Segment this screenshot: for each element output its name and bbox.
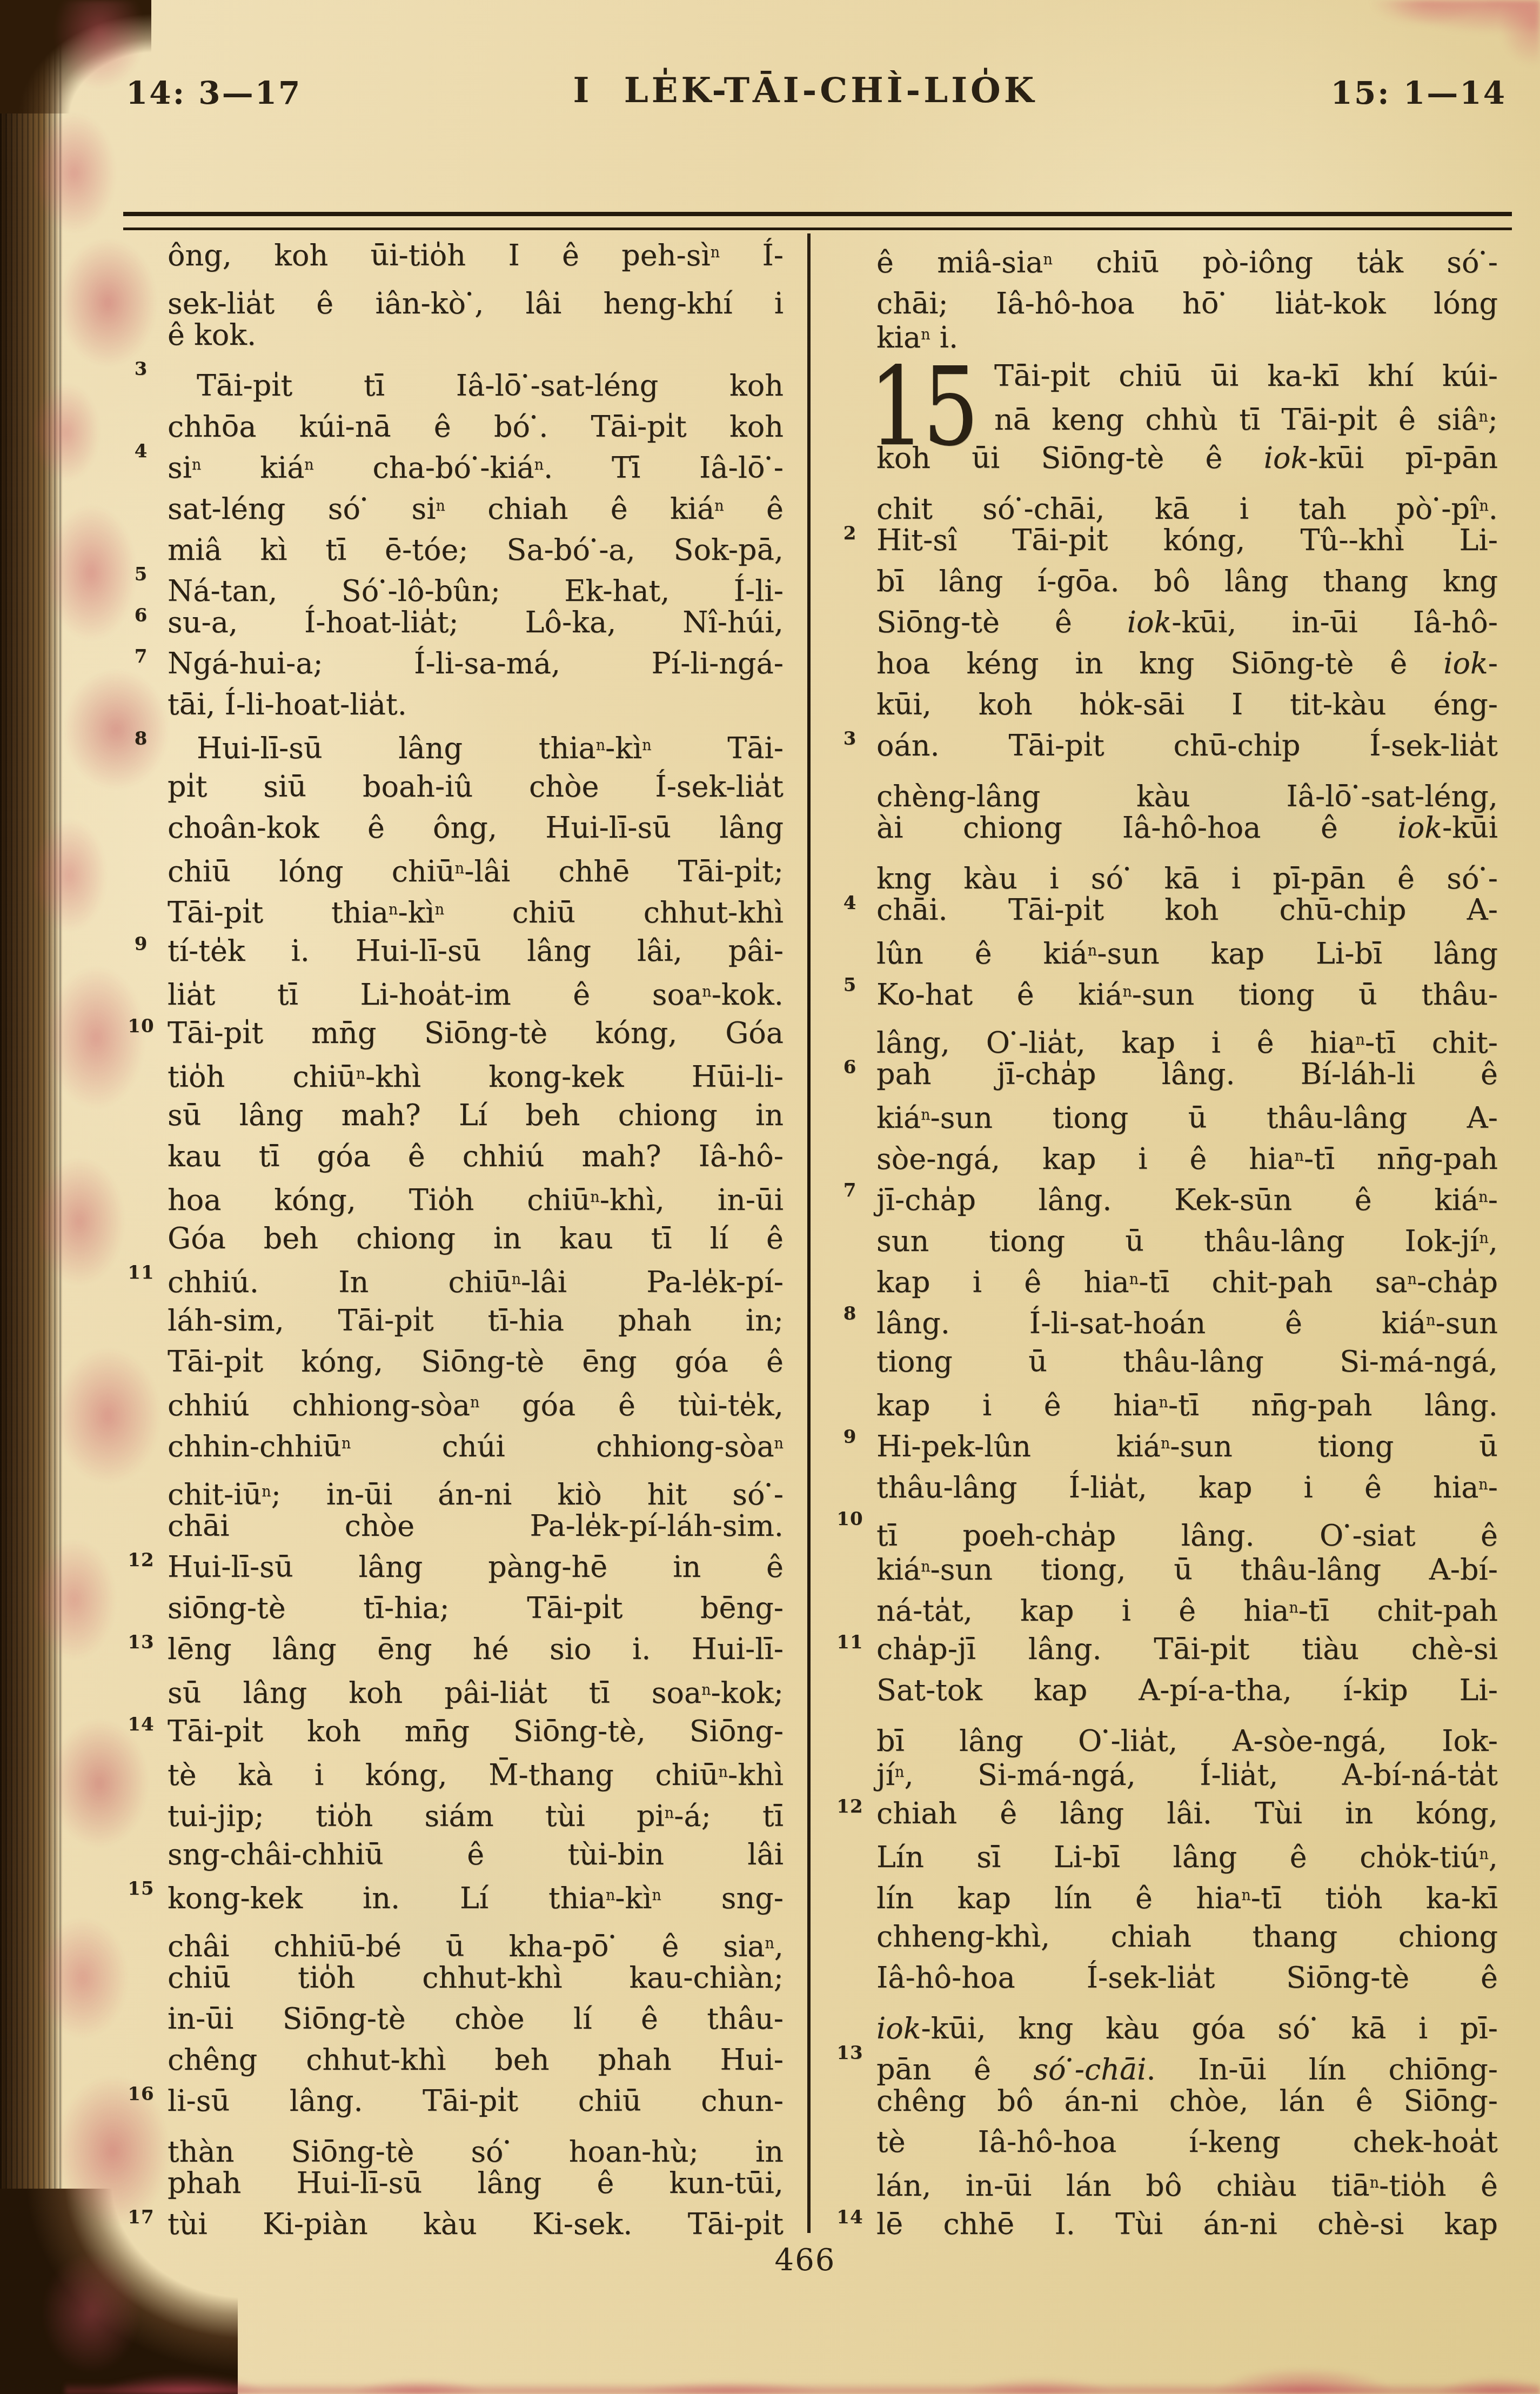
text-line: phah Hui-lī-sū lâng ê kun-tūi, bbox=[168, 2163, 784, 2204]
red-edge-stain-top-right bbox=[1313, 0, 1540, 81]
text-line: 15Tāi-pi̍t chiū ūi ka-kī khí kúi- bbox=[876, 356, 1498, 397]
scanned-book-page: 14: 3—17 I LE̍K-TĀI-CHÌ-LIO̍K 15: 1—14 ô… bbox=[0, 0, 1540, 2394]
text-line: tè Iâ-hô-hoa í-keng chek-hoa̍t bbox=[876, 2122, 1498, 2163]
text-line: 5Ko-hat ê kián-sun tiong ū thâu- bbox=[876, 972, 1498, 1013]
text-line: 8Hui-lī-sū lâng thian-kìn Tāi- bbox=[168, 725, 784, 766]
line-text: tè kà i kóng, M̄-thang chiūn-khì bbox=[168, 1758, 784, 1792]
text-line: 3Tāi-pi̍t tī Iâ-lō·-sat-léng koh bbox=[168, 356, 784, 397]
line-text: tui-jip; tio̍h siám tùi pin-á; tī bbox=[168, 1799, 784, 1833]
line-text: Hui-lī-sū lâng pàng-hē in ê bbox=[168, 1550, 784, 1584]
line-text: Siōng-tè ê iok-kūi, in-ūi Iâ-hô- bbox=[876, 605, 1498, 639]
text-line: chèng-lâng kàu Iâ-lō·-sat-léng, bbox=[876, 766, 1498, 807]
text-line: Siōng-tè ê iok-kūi, in-ūi Iâ-hô- bbox=[876, 602, 1498, 643]
text-line: koh ūi Siōng-tè ê iok-kūi pī-pān bbox=[876, 438, 1498, 479]
line-text: ná-ta̍t, kap i ê hian-tī chit-pah bbox=[876, 1594, 1498, 1628]
text-line: kau tī góa ê chhiú mah? Iâ-hô- bbox=[168, 1136, 784, 1177]
text-line: jín, Si-má-ngá, Í-lia̍t, A-bí-ná-ta̍t bbox=[876, 1752, 1498, 1793]
line-text: lē chhē I. Tùi án-ni chè-si kap bbox=[876, 2207, 1498, 2241]
text-line: 4chāi. Tāi-pi̍t koh chū-chi̍p A- bbox=[876, 890, 1498, 931]
verse-number: 10 bbox=[123, 1015, 159, 1038]
page-footer: 466 bbox=[746, 2243, 865, 2278]
line-text: Hit-sî Tāi-pi̍t kóng, Tû--khì Li- bbox=[876, 523, 1498, 557]
verse-range-right: 15: 1—14 bbox=[1331, 75, 1506, 111]
text-line: 6su-a, Í-hoat-lia̍t; Lô-ka, Nî-húi, bbox=[168, 602, 784, 643]
text-line: miâ kì tī ē-tóe; Sa-bó·-a, Sok-pā, bbox=[168, 520, 784, 561]
line-text: jī-cha̍p lâng. Kek-sūn ê kián- bbox=[876, 1183, 1498, 1217]
text-line: chhōa kúi-nā ê bó·. Tāi-pi̍t koh bbox=[168, 397, 784, 438]
line-text: jín, Si-má-ngá, Í-lia̍t, A-bí-ná-ta̍t bbox=[876, 1758, 1498, 1792]
text-line: 14Tāi-pi̍t koh mn̄g Siōng-tè, Siōng- bbox=[168, 1711, 784, 1752]
verse-number: 12 bbox=[123, 1549, 159, 1572]
line-text: kián-sun tiong ū thâu-lâng A- bbox=[876, 1101, 1498, 1135]
text-line: ê kok. bbox=[168, 315, 784, 356]
text-line: chit-iūn; in-ūi án-ni kiò hit só·- bbox=[168, 1465, 784, 1506]
text-line: lâng, O·-lia̍t, kap i ê hian-tī chit- bbox=[876, 1013, 1498, 1054]
text-line: 13lēng lâng ēng hé sio i. Hui-lī- bbox=[168, 1629, 784, 1670]
line-text: chhiú chhiong-sòan góa ê tùi-te̍k, bbox=[168, 1388, 784, 1422]
text-line: 9tí-te̍k i. Hui-lī-sū lâng lâi, pâi- bbox=[168, 931, 784, 972]
text-line: chit só·-chāi, kā i tah pò·-pîn. bbox=[876, 479, 1498, 520]
text-line: tāi, Í-li-hoat-lia̍t. bbox=[168, 684, 784, 725]
line-text: nā keng chhù tī Tāi-pi̍t ê siân; bbox=[994, 403, 1498, 437]
line-text: Sat-tok kap A-pí-a-tha, í-kip Li- bbox=[876, 1673, 1498, 1707]
verse-number: 10 bbox=[832, 1508, 868, 1530]
line-text: Tāi-pi̍t koh mn̄g Siōng-tè, Siōng- bbox=[168, 1714, 784, 1748]
line-text: chhin-chhiūn chúi chhiong-sòan bbox=[168, 1429, 784, 1463]
verse-number: 9 bbox=[832, 1426, 868, 1448]
text-line: 14lē chhē I. Tùi án-ni chè-si kap bbox=[876, 2204, 1498, 2245]
line-text: pah jī-cha̍p lâng. Bí-láh-li ê bbox=[876, 1057, 1498, 1091]
text-line: Iâ-hô-hoa Í-sek-lia̍t Siōng-tè ê bbox=[876, 1957, 1498, 1998]
book-spine-edge bbox=[0, 0, 62, 2394]
verse-number: 7 bbox=[123, 646, 159, 668]
verse-number: 17 bbox=[123, 2206, 159, 2229]
line-text: lán, in-ūi lán bô chiàu tiān-tio̍h ê bbox=[876, 2169, 1498, 2203]
text-line: iok-kūi, kng kàu góa só· kā i pī- bbox=[876, 1998, 1498, 2039]
text-line: sng-châi-chhiū ê tùi-bin lâi bbox=[168, 1834, 784, 1875]
text-line: 2Hit-sî Tāi-pi̍t kóng, Tû--khì Li- bbox=[876, 520, 1498, 561]
verse-number: 7 bbox=[832, 1180, 868, 1202]
line-text: kap i ê hian-tī nn̄g-pah lâng. bbox=[876, 1388, 1498, 1422]
line-text: bī lâng í-gōa. bô lâng thang kng bbox=[876, 564, 1498, 598]
text-line: sū lâng mah? Lí beh chiong in bbox=[168, 1095, 784, 1136]
line-text: tāi, Í-li-hoat-lia̍t. bbox=[168, 687, 407, 721]
line-text: ê kok. bbox=[168, 318, 256, 352]
text-line: 12Hui-lī-sū lâng pàng-hē in ê bbox=[168, 1547, 784, 1588]
line-text: Tāi-pi̍t thian-kìn chiū chhut-khì bbox=[168, 895, 784, 929]
line-text: oán. Tāi-pi̍t chū-chi̍p Í-sek-lia̍t bbox=[876, 728, 1498, 763]
verse-number: 14 bbox=[123, 1714, 159, 1736]
line-text: tiong ū thâu-lâng Si-má-ngá, bbox=[876, 1345, 1498, 1379]
text-line: sòe-ngá, kap i ê hian-tī nn̄g-pah bbox=[876, 1136, 1498, 1177]
verse-number: 13 bbox=[832, 2042, 868, 2064]
line-text: choân-kok ê ông, Hui-lī-sū lâng bbox=[168, 811, 784, 845]
text-line: chêng chhut-khì beh phah Hui- bbox=[168, 2039, 784, 2081]
line-text: pi̍t siū boah-iû chòe Í-sek-lia̍t bbox=[168, 770, 784, 804]
text-line: 13pān ê só·-chāi. In-ūi lín chiōng- bbox=[876, 2039, 1498, 2081]
text-line: láh-sim, Tāi-pi̍t tī-hia phah in; bbox=[168, 1300, 784, 1341]
text-line: Lín sī Li-bī lâng ê cho̍k-tiún, bbox=[876, 1834, 1498, 1875]
text-line: chêng bô án-ni chòe, lán ê Siōng- bbox=[876, 2081, 1498, 2122]
line-text: ông, koh ūi-tio̍h I ê peh-sìn Í- bbox=[168, 238, 784, 272]
text-line: 16li-sū lâng. Tāi-pi̍t chiū chun- bbox=[168, 2081, 784, 2122]
verse-number: 16 bbox=[123, 2083, 159, 2105]
line-text: sun tiong ū thâu-lâng Iok-jín, bbox=[876, 1224, 1498, 1258]
text-line: sek-lia̍t ê iân-kò·, lâi heng-khí i bbox=[168, 273, 784, 315]
line-text: siōng-tè tī-hia; Tāi-pi̍t bēng- bbox=[168, 1591, 784, 1625]
text-line: 5Ná-tan, Só·-lô-bûn; Ek-hat, Í-li- bbox=[168, 561, 784, 602]
text-line: 9Hi-pek-lûn kián-sun tiong ū bbox=[876, 1423, 1498, 1465]
line-text: Tāi-pi̍t mn̄g Siōng-tè kóng, Góa bbox=[168, 1016, 784, 1050]
text-line: tui-jip; tio̍h siám tùi pin-á; tī bbox=[168, 1793, 784, 1834]
text-line: hoa kéng in kng Siōng-tè ê iok- bbox=[876, 643, 1498, 684]
text-line: bī lâng í-gōa. bô lâng thang kng bbox=[876, 561, 1498, 602]
line-text: hoa kéng in kng Siōng-tè ê iok- bbox=[876, 646, 1498, 680]
text-line: ài chiong Iâ-hô-hoa ê iok-kūi bbox=[876, 807, 1498, 848]
line-text: ài chiong Iâ-hô-hoa ê iok-kūi bbox=[876, 811, 1498, 845]
text-line: kap i ê hian-tī chit-pah san-cha̍p bbox=[876, 1259, 1498, 1300]
line-text: sòe-ngá, kap i ê hian-tī nn̄g-pah bbox=[876, 1142, 1498, 1176]
line-text: su-a, Í-hoat-lia̍t; Lô-ka, Nî-húi, bbox=[168, 605, 784, 639]
text-line: hoa kóng, Tio̍h chiūn-khì, in-ūi bbox=[168, 1177, 784, 1218]
verse-number: 5 bbox=[123, 564, 159, 586]
text-line: Sat-tok kap A-pí-a-tha, í-kip Li- bbox=[876, 1670, 1498, 1711]
line-text: sng-châi-chhiū ê tùi-bin lâi bbox=[168, 1837, 784, 1871]
text-line: kián-sun tiong ū thâu-lâng A- bbox=[876, 1095, 1498, 1136]
line-text: sū lâng koh pâi-lia̍t tī soan-kok; bbox=[168, 1676, 784, 1710]
text-line: lia̍t tī Li-hoa̍t-im ê soan-kok. bbox=[168, 972, 784, 1013]
text-line: 11chhiú. In chiūn-lâi Pa-le̍k-pí- bbox=[168, 1259, 784, 1300]
line-text: Tāi-pi̍t chiū ūi ka-kī khí kúi- bbox=[994, 359, 1498, 393]
text-line: thàn Siōng-tè só· hoan-hù; in bbox=[168, 2122, 784, 2163]
line-text: lia̍t tī Li-hoa̍t-im ê soan-kok. bbox=[168, 978, 784, 1012]
verse-number: 6 bbox=[832, 1056, 868, 1079]
text-line: lán, in-ūi lán bô chiàu tiān-tio̍h ê bbox=[876, 2163, 1498, 2204]
line-text: tio̍h chiūn-khì kong-kek Hūi-li- bbox=[168, 1060, 784, 1094]
text-line: sat-léng só· sin chiah ê kián ê bbox=[168, 479, 784, 520]
text-line: tè kà i kóng, M̄-thang chiūn-khì bbox=[168, 1752, 784, 1793]
text-line: in-ūi Siōng-tè chòe lí ê thâu- bbox=[168, 1998, 784, 2039]
line-text: kap i ê hian-tī chit-pah san-cha̍p bbox=[876, 1265, 1498, 1299]
text-line: sun tiong ū thâu-lâng Iok-jín, bbox=[876, 1218, 1498, 1259]
line-text: chheng-khì, chiah thang chiong bbox=[876, 1920, 1498, 1954]
text-line: 17tùi Ki-piàn kàu Ki-sek. Tāi-pi̍t bbox=[168, 2204, 784, 2245]
text-line: 7jī-cha̍p lâng. Kek-sūn ê kián- bbox=[876, 1177, 1498, 1218]
text-line: lín kap lín ê hian-tī tio̍h ka-kī bbox=[876, 1875, 1498, 1916]
line-text: li-sū lâng. Tāi-pi̍t chiū chun- bbox=[168, 2084, 784, 2118]
line-text: Ko-hat ê kián-sun tiong ū thâu- bbox=[876, 978, 1498, 1012]
text-line: 8lâng. Í-li-sat-hoán ê kián-sun bbox=[876, 1300, 1498, 1341]
text-line: ná-ta̍t, kap i ê hian-tī chit-pah bbox=[876, 1588, 1498, 1629]
line-text: Hui-lī-sū lâng thian-kìn Tāi- bbox=[197, 731, 784, 765]
verse-number: 6 bbox=[123, 605, 159, 627]
text-line: chāi; Iâ-hô-hoa hō· lia̍t-kok lóng bbox=[876, 273, 1498, 315]
line-text: tè Iâ-hô-hoa í-keng chek-hoa̍t bbox=[876, 2125, 1498, 2159]
text-line: kap i ê hian-tī nn̄g-pah lâng. bbox=[876, 1382, 1498, 1423]
page-number: 466 bbox=[775, 2243, 836, 2278]
text-line: siōng-tè tī-hia; Tāi-pi̍t bēng- bbox=[168, 1588, 784, 1629]
line-text: chêng chhut-khì beh phah Hui- bbox=[168, 2043, 784, 2077]
line-text: sū lâng mah? Lí beh chiong in bbox=[168, 1098, 784, 1132]
text-line: 11cha̍p-jī lâng. Tāi-pi̍t tiàu chè-si bbox=[876, 1629, 1498, 1670]
text-line: Tāi-pi̍t thian-kìn chiū chhut-khì bbox=[168, 890, 784, 931]
text-line: kūi, koh ho̍k-sāi I tit-kàu éng- bbox=[876, 684, 1498, 725]
verse-number: 12 bbox=[832, 1796, 868, 1818]
line-text: kūi, koh ho̍k-sāi I tit-kàu éng- bbox=[876, 687, 1498, 721]
line-text: chiū lóng chiūn-lâi chhē Tāi-pi̍t; bbox=[168, 854, 784, 888]
line-text: Ngá-hui-a; Í-li-sa-má, Pí-li-ngá- bbox=[168, 646, 784, 680]
line-text: láh-sim, Tāi-pi̍t tī-hia phah in; bbox=[168, 1303, 784, 1338]
verse-number: 11 bbox=[832, 1631, 868, 1654]
text-line: 7Ngá-hui-a; Í-li-sa-má, Pí-li-ngá- bbox=[168, 643, 784, 684]
text-line: Tāi-pi̍t kóng, Siōng-tè ēng góa ê bbox=[168, 1341, 784, 1382]
red-edge-stain-bottom bbox=[65, 2356, 1540, 2394]
line-text: in-ūi Siōng-tè chòe lí ê thâu- bbox=[168, 2002, 784, 2036]
line-text: kau tī góa ê chhiú mah? Iâ-hô- bbox=[168, 1139, 784, 1173]
text-line: pi̍t siū boah-iû chòe Í-sek-lia̍t bbox=[168, 766, 784, 807]
verse-number: 4 bbox=[123, 440, 159, 463]
line-text: lâng. Í-li-sat-hoán ê kián-sun bbox=[876, 1306, 1498, 1340]
text-line: 10tī poeh-cha̍p lâng. O·-siat ê bbox=[876, 1506, 1498, 1547]
line-text: kián-sun tiong, ū thâu-lâng A-bí- bbox=[876, 1553, 1498, 1587]
text-line: 10Tāi-pi̍t mn̄g Siōng-tè kóng, Góa bbox=[168, 1013, 784, 1054]
verse-number: 15 bbox=[123, 1878, 159, 1900]
verse-number: 3 bbox=[123, 358, 159, 380]
verse-number: 11 bbox=[123, 1262, 159, 1284]
text-line: tiong ū thâu-lâng Si-má-ngá, bbox=[876, 1341, 1498, 1382]
text-line: chheng-khì, chiah thang chiong bbox=[876, 1916, 1498, 1957]
text-line: lûn ê kián-sun kap Li-bī lâng bbox=[876, 931, 1498, 972]
right-text-column: ê miâ-sian chiū pò-iông ta̍k só·-chāi; I… bbox=[876, 232, 1498, 2245]
verse-number: 3 bbox=[832, 728, 868, 750]
text-line: châi chhiū-bé ū kha-pō· ê sian, bbox=[168, 1916, 784, 1957]
line-text: Iâ-hô-hoa Í-sek-lia̍t Siōng-tè ê bbox=[876, 1961, 1498, 1995]
line-text: lûn ê kián-sun kap Li-bī lâng bbox=[876, 937, 1498, 971]
text-line: chiū tio̍h chhut-khì kau-chiàn; bbox=[168, 1957, 784, 1998]
text-line: Góa beh chiong in kau tī lí ê bbox=[168, 1218, 784, 1259]
line-text: tùi Ki-piàn kàu Ki-sek. Tāi-pi̍t bbox=[168, 2207, 784, 2241]
line-text: chiū tio̍h chhut-khì kau-chiàn; bbox=[168, 1961, 784, 1995]
left-text-column: ông, koh ūi-tio̍h I ê peh-sìn Í-sek-lia̍… bbox=[168, 232, 784, 2245]
verse-number: 8 bbox=[832, 1303, 868, 1325]
column-divider-rule bbox=[807, 233, 811, 2233]
verse-number: 13 bbox=[123, 1631, 159, 1654]
text-line: thâu-lâng Í-lia̍t, kap i ê hian- bbox=[876, 1465, 1498, 1506]
verse-number: 14 bbox=[832, 2206, 868, 2229]
book-title: I LE̍K-TĀI-CHÌ-LIO̍K bbox=[573, 70, 1037, 111]
text-line: chāi chòe Pa-le̍k-pí-láh-sim. bbox=[168, 1506, 784, 1547]
verse-number: 5 bbox=[832, 974, 868, 997]
text-line: ê miâ-sian chiū pò-iông ta̍k só·- bbox=[876, 232, 1498, 273]
verse-number: 9 bbox=[123, 933, 159, 955]
text-line: tio̍h chiūn-khì kong-kek Hūi-li- bbox=[168, 1054, 784, 1095]
text-line: nā keng chhù tī Tāi-pi̍t ê siân; bbox=[876, 397, 1498, 438]
text-line: 4sin kián cha-bó·-kián. Tī Iâ-lō·- bbox=[168, 438, 784, 479]
text-line: ông, koh ūi-tio̍h I ê peh-sìn Í- bbox=[168, 232, 784, 273]
line-text: thâu-lâng Í-lia̍t, kap i ê hian- bbox=[876, 1470, 1498, 1504]
text-line: 15kong-kek in. Lí thian-kìn sng- bbox=[168, 1875, 784, 1916]
text-line: 6pah jī-cha̍p lâng. Bí-láh-li ê bbox=[876, 1054, 1498, 1095]
line-text: Góa beh chiong in kau tī lí ê bbox=[168, 1221, 784, 1255]
line-text: tí-te̍k i. Hui-lī-sū lâng lâi, pâi- bbox=[168, 934, 784, 968]
line-text: chāi. Tāi-pi̍t koh chū-chi̍p A- bbox=[876, 893, 1498, 927]
verse-number: 8 bbox=[123, 728, 159, 750]
line-text: hoa kóng, Tio̍h chiūn-khì, in-ūi bbox=[168, 1183, 784, 1217]
text-line: chiū lóng chiūn-lâi chhē Tāi-pi̍t; bbox=[168, 848, 784, 890]
line-text: lēng lâng ēng hé sio i. Hui-lī- bbox=[168, 1632, 784, 1666]
text-line: 3oán. Tāi-pi̍t chū-chi̍p Í-sek-lia̍t bbox=[876, 725, 1498, 766]
text-line: sū lâng koh pâi-lia̍t tī soan-kok; bbox=[168, 1670, 784, 1711]
line-text: kong-kek in. Lí thian-kìn sng- bbox=[168, 1881, 784, 1915]
line-text: Hi-pek-lûn kián-sun tiong ū bbox=[876, 1429, 1498, 1463]
line-text: chhiú. In chiūn-lâi Pa-le̍k-pí- bbox=[168, 1265, 784, 1299]
verse-number: 2 bbox=[832, 523, 868, 545]
text-line: kián-sun tiong, ū thâu-lâng A-bí- bbox=[876, 1547, 1498, 1588]
header-double-rule bbox=[123, 212, 1512, 230]
text-line: 12chiah ê lâng lâi. Tùi in kóng, bbox=[876, 1793, 1498, 1834]
text-line: chhin-chhiūn chúi chhiong-sòan bbox=[168, 1423, 784, 1465]
verse-range-left: 14: 3—17 bbox=[126, 75, 302, 111]
line-text: Tāi-pi̍t kóng, Siōng-tè ēng góa ê bbox=[168, 1345, 784, 1379]
text-line: kng kàu i só· kā i pī-pān ê só·- bbox=[876, 848, 1498, 890]
text-line: bī lâng O·-lia̍t, A-sòe-ngá, Iok- bbox=[876, 1711, 1498, 1752]
line-text: Lín sī Li-bī lâng ê cho̍k-tiún, bbox=[876, 1840, 1498, 1874]
line-text: koh ūi Siōng-tè ê iok-kūi pī-pān bbox=[876, 441, 1498, 475]
line-text: chiah ê lâng lâi. Tùi in kóng, bbox=[876, 1796, 1498, 1830]
line-text: lín kap lín ê hian-tī tio̍h ka-kī bbox=[876, 1881, 1498, 1915]
line-text: chêng bô án-ni chòe, lán ê Siōng- bbox=[876, 2084, 1498, 2118]
line-text: cha̍p-jī lâng. Tāi-pi̍t tiàu chè-si bbox=[876, 1632, 1498, 1666]
text-line: choân-kok ê ông, Hui-lī-sū lâng bbox=[168, 807, 784, 848]
verse-number: 4 bbox=[832, 892, 868, 914]
line-text: chāi chòe Pa-le̍k-pí-láh-sim. bbox=[168, 1509, 784, 1543]
text-line: chhiú chhiong-sòan góa ê tùi-te̍k, bbox=[168, 1382, 784, 1423]
line-text: phah Hui-lī-sū lâng ê kun-tūi, bbox=[168, 2166, 784, 2200]
